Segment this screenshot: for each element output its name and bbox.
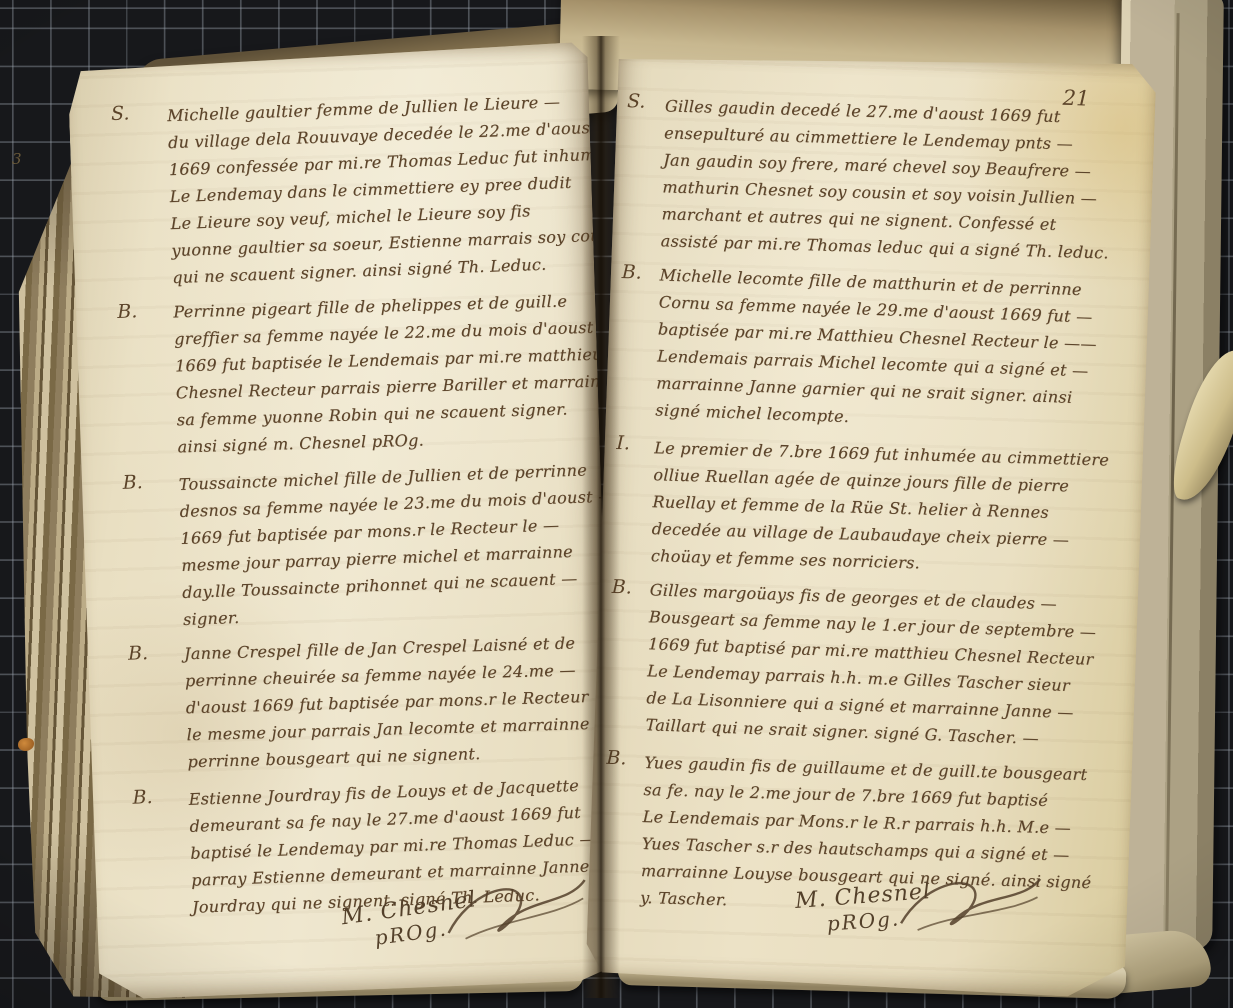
- margin-mark: S.: [111, 101, 173, 292]
- right-page-signature: M. Chesnel pROg.: [794, 879, 933, 938]
- register-entry: B.Perrinne pigeart fille de phelippes et…: [117, 286, 590, 463]
- entry-lines: Janne Crespel fille de Jan Crespel Laisn…: [184, 628, 600, 776]
- register-entry: S.Michelle gaultier femme de Jullien le …: [111, 88, 585, 292]
- margin-mark: B.: [596, 747, 645, 910]
- left-page-entries: S.Michelle gaultier femme de Jullien le …: [111, 88, 604, 921]
- entry-lines: Michelle gaultier femme de Jullien le Li…: [167, 88, 585, 290]
- register-entry: I.Le premier de 7.bre 1669 fut inhumée a…: [606, 432, 1130, 583]
- margin-mark: B.: [117, 299, 178, 463]
- entry-lines: Toussaincte michel fille de Jullien et d…: [178, 457, 595, 632]
- edge-folio-mark: 3: [12, 150, 22, 168]
- register-entry: B.Gilles margoüays fis de georges et de …: [601, 576, 1126, 754]
- right-page: 21 S.Gilles gaudin decedé le 27.me d'aou…: [585, 48, 1156, 999]
- margin-mark: B.: [132, 785, 192, 922]
- register-entry: S.Gilles gaudin decedé le 27.me d'aoust …: [616, 90, 1141, 268]
- register-entry: B.Toussaincte michel fille de Jullien et…: [122, 457, 595, 634]
- entry-lines: Perrinne pigeart fille de phelippes et d…: [173, 286, 590, 461]
- left-page: S.Michelle gaultier femme de Jullien le …: [67, 42, 616, 1000]
- entry-lines: Le premier de 7.bre 1669 fut inhumée au …: [650, 433, 1130, 583]
- signature-paraph-icon: [894, 867, 1048, 940]
- margin-mark: B.: [122, 470, 183, 634]
- right-page-entries: S.Gilles gaudin decedé le 27.me d'aoust …: [596, 90, 1141, 925]
- entry-lines: Gilles gaudin decedé le 27.me d'aoust 16…: [660, 91, 1141, 268]
- margin-mark: I.: [606, 432, 654, 568]
- margin-mark: B.: [128, 641, 188, 778]
- margin-mark: B.: [611, 261, 660, 424]
- register-entry: B.Janne Crespel fille de Jan Crespel Lai…: [128, 628, 600, 778]
- photo-backdrop: 3 S.Michelle gaultier femme de Jullien l…: [0, 0, 1233, 1008]
- entry-lines: Michelle lecomte fille de matthurin et d…: [655, 262, 1136, 439]
- entry-lines: Gilles margoüays fis de georges et de cl…: [645, 577, 1126, 754]
- margin-mark: B.: [601, 576, 650, 739]
- margin-mark: S.: [616, 90, 665, 253]
- register-entry: B.Michelle lecomte fille de matthurin et…: [611, 261, 1136, 439]
